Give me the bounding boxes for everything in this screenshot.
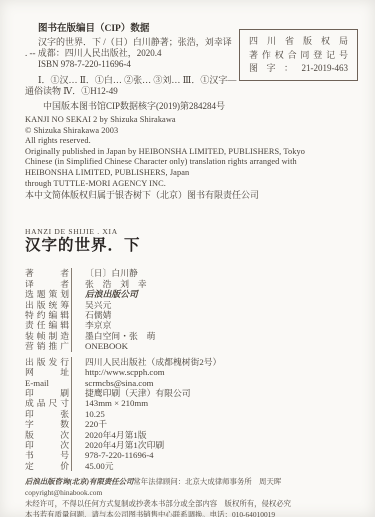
credit-row-label: 出版统筹 xyxy=(25,300,69,310)
publishing-row-value: 978-7-220-11696-4 xyxy=(71,450,360,460)
publishing-row-value: 四川人民出版社（成都槐树街2号） xyxy=(71,357,360,367)
registration-line-authority: 四川省版权局 xyxy=(249,35,348,49)
publishing-row: 印 次2020年4月第1次印刷 xyxy=(25,440,360,450)
publishing-row-value: 10.25 xyxy=(71,409,360,419)
credit-row-value: 〔日〕白川静 xyxy=(71,268,360,278)
publishing-row-label: 印 次 xyxy=(25,440,69,450)
english-copyright-block: KANJI NO SEKAI 2 by Shizuka Shirakawa© S… xyxy=(25,115,360,189)
publishing-row-value: 捷鹰印刷（天津）有限公司 xyxy=(71,388,360,398)
footnote-company-name: 后浪出版咨询(北京)有限责任公司 xyxy=(25,477,133,486)
english-copyright-line: Originally published in Japan by HEIBONS… xyxy=(25,147,360,158)
credit-row: 著 者〔日〕白川静 xyxy=(25,268,360,278)
publishing-row: 版 次2020年4月第1版 xyxy=(25,430,360,440)
book-title: 汉字的世界．下 xyxy=(25,236,360,256)
publishing-row: 印 张10.25 xyxy=(25,409,360,419)
publishing-row: E-mailscrmcbs@sina.com xyxy=(25,378,360,388)
publishing-row-label: 定 价 xyxy=(25,461,69,471)
publishing-row-label: 印 刷 xyxy=(25,388,69,398)
english-copyright-line: Chinese (in Simplified Chinese Character… xyxy=(25,157,360,168)
publishing-row: 成品尺寸143mm × 210mm xyxy=(25,398,360,408)
credit-row-value: ONEBOOK xyxy=(71,341,360,351)
publishing-row-label: 字 数 xyxy=(25,419,69,429)
credit-row: 选题策划后浪出版公司 xyxy=(25,289,360,299)
registration-line-number: 图字：21-2019-463 xyxy=(249,62,348,76)
english-copyright-line: All rights reserved. xyxy=(25,136,360,147)
credit-row: 出版统筹吴兴元 xyxy=(25,300,360,310)
registration-line-title: 著作权合同登记号 xyxy=(249,49,348,63)
credit-row: 营销推广ONEBOOK xyxy=(25,341,360,351)
cip-classification-block: Ⅰ．①汉… Ⅱ．①白… ②张… ③刘… Ⅲ．①汉字—通俗读物 Ⅳ．①H12-49 xyxy=(25,75,245,97)
publishing-row-label: 书 号 xyxy=(25,450,69,460)
credit-row-value: 李京京 xyxy=(71,320,360,330)
credit-row-label: 译 者 xyxy=(25,279,69,289)
publishing-row-label: 印 张 xyxy=(25,409,69,419)
colophon-page: 四川省版权局 著作权合同登记号 图字：21-2019-463 图书在版编目（CI… xyxy=(0,0,375,517)
credit-row: 特约编辑石儒婧 xyxy=(25,310,360,320)
publishing-row: 印 刷捷鹰印刷（天津）有限公司 xyxy=(25,388,360,398)
publishing-row: 字 数220千 xyxy=(25,419,360,429)
cip-line: ISBN 978-7-220-11696-4 xyxy=(25,59,240,70)
credit-row-label: 营销推广 xyxy=(25,341,69,351)
publishing-row: 网 址http://www.scpph.com xyxy=(25,367,360,377)
publishing-row: 定 价45.00元 xyxy=(25,461,360,471)
english-copyright-line: KANJI NO SEKAI 2 by Shizuka Shirakawa xyxy=(25,115,360,126)
credit-row-value: 石儒婧 xyxy=(71,310,360,320)
publishing-row-value: http://www.scpph.com xyxy=(71,367,360,377)
footnote-line: 后浪出版咨询(北京)有限责任公司常年法律顾问：北京大成律师事务所 周天晖 cop… xyxy=(25,477,360,499)
credit-row-value: 吴兴元 xyxy=(71,300,360,310)
cip-record-number: 中国版本图书馆CIP数据核字(2019)第284284号 xyxy=(25,101,360,112)
publishing-row-label: E-mail xyxy=(25,378,69,388)
footnote-line: 本书若有质量问题，请与本公司图书销售中心联系调换。电话：010-64010019 xyxy=(25,510,360,517)
cip-classification-line: Ⅰ．①汉… Ⅱ．①白… ②张… ③刘… Ⅲ．①汉字— xyxy=(25,75,245,86)
credit-row-label: 责任编辑 xyxy=(25,320,69,330)
credit-row-label: 特约编辑 xyxy=(25,310,69,320)
publishing-row-label: 网 址 xyxy=(25,367,69,377)
credit-row: 译 者张 浩 刘 幸 xyxy=(25,279,360,289)
footnotes-block: 后浪出版咨询(北京)有限责任公司常年法律顾问：北京大成律师事务所 周天晖 cop… xyxy=(25,477,360,517)
credit-row-value: 张 浩 刘 幸 xyxy=(71,279,360,289)
publishing-row-value: 45.00元 xyxy=(71,461,360,471)
credits-table: 著 者〔日〕白川静译 者张 浩 刘 幸选题策划后浪出版公司出版统筹吴兴元特约编辑… xyxy=(25,268,360,352)
publishing-row: 书 号978-7-220-11696-4 xyxy=(25,450,360,460)
publishing-row-label: 出版发行 xyxy=(25,357,69,367)
cip-classification-line: 通俗读物 Ⅳ．①H12-49 xyxy=(25,86,245,97)
publishing-row: 出版发行四川人民出版社（成都槐树街2号） xyxy=(25,357,360,367)
publishing-row-label: 成品尺寸 xyxy=(25,398,69,408)
credit-row-label: 选题策划 xyxy=(25,289,69,299)
credit-row: 责任编辑李京京 xyxy=(25,320,360,330)
publishing-row-value: 143mm × 210mm xyxy=(71,398,360,408)
simplified-chinese-rights-line: 本中文简体版权归属于银杏树下（北京）图书有限责任公司 xyxy=(25,190,360,201)
publishing-row-value: 220千 xyxy=(71,419,360,429)
credit-row-value: 后浪出版公司 xyxy=(71,289,360,299)
publishing-row-value: 2020年4月第1版 xyxy=(71,430,360,440)
footnote-line: 未经许可，不得以任何方式复制或抄袭本书部分或全部内容 版权所有，侵权必究 xyxy=(25,499,360,510)
publishing-row-value: 2020年4月第1次印刷 xyxy=(71,440,360,450)
credit-row: 装帧制造墨白空间・张 萌 xyxy=(25,331,360,341)
credit-row-label: 著 者 xyxy=(25,268,69,278)
publishing-table: 出版发行四川人民出版社（成都槐树街2号）网 址http://www.scpph.… xyxy=(25,357,360,471)
credit-row-label: 装帧制造 xyxy=(25,331,69,341)
english-copyright-line: HEIBONSHA LIMITED, PUBLISHERS, Japan xyxy=(25,168,360,179)
english-copyright-line: © Shizuka Shirakawa 2003 xyxy=(25,126,360,137)
cip-line: . -- 成都：四川人民出版社，2020.4 xyxy=(25,48,240,59)
copyright-registration-box: 四川省版权局 著作权合同登记号 图字：21-2019-463 xyxy=(239,29,358,81)
cip-line: 汉字的世界．下 /（日）白川静著；张浩，刘幸译 xyxy=(25,37,240,48)
publishing-row-value: scrmcbs@sina.com xyxy=(71,378,360,388)
credit-row-value: 墨白空间・张 萌 xyxy=(71,331,360,341)
book-title-pinyin: HANZI DE SHIJIE . XIA xyxy=(25,227,360,236)
english-copyright-line: through TUTTLE-MORI AGENCY INC. xyxy=(25,179,360,190)
publishing-row-label: 版 次 xyxy=(25,430,69,440)
cip-description-block: 汉字的世界．下 /（日）白川静著；张浩，刘幸译. -- 成都：四川人民出版社，2… xyxy=(25,37,240,70)
